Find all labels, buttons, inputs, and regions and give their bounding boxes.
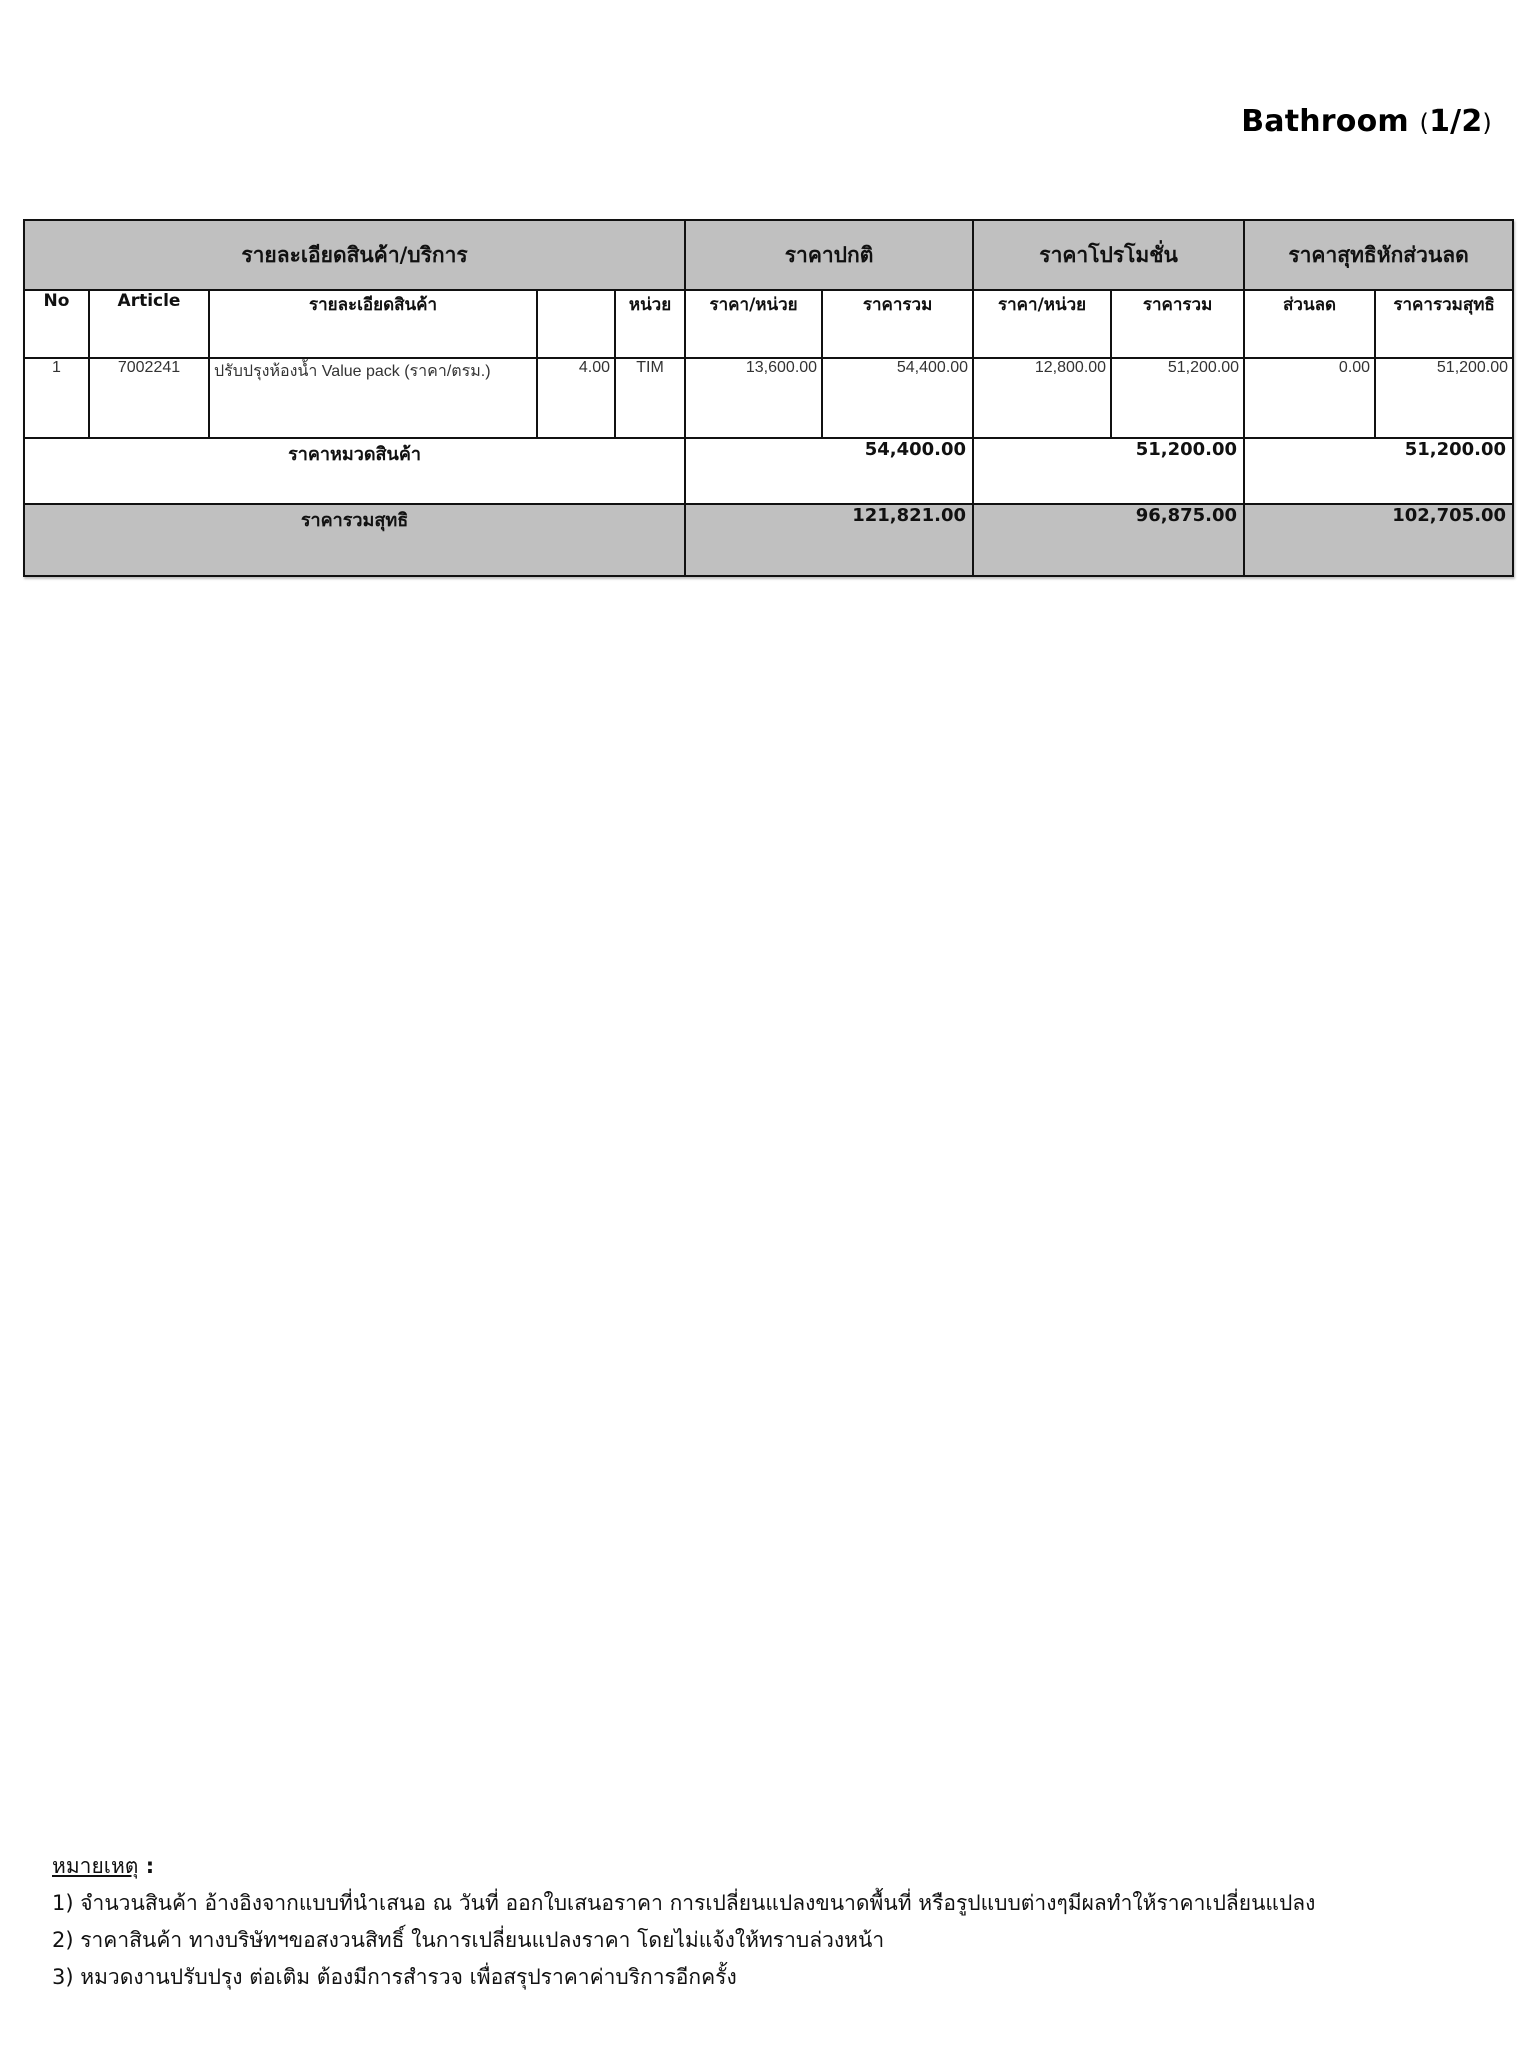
cell-quantity: 4.00 xyxy=(537,358,615,438)
col-header-promo-total: ราคารวม xyxy=(1111,290,1244,358)
col-header-article: Article xyxy=(89,290,209,358)
grand-total-normal: 121,821.00 xyxy=(685,504,973,576)
column-header-row: No Article รายละเอียดสินค้า หน่วย ราคา/ห… xyxy=(24,290,1513,358)
cell-promo-unit-price: 12,800.00 xyxy=(973,358,1111,438)
cell-article: 7002241 xyxy=(89,358,209,438)
note-item: 3) หมวดงานปรับปรุง ต่อเติม ต้องมีการสำรว… xyxy=(52,1959,1315,1996)
cell-unit: TIM xyxy=(615,358,685,438)
cell-net-total: 51,200.00 xyxy=(1375,358,1513,438)
category-subtotal-normal: 54,400.00 xyxy=(685,438,973,504)
notes-heading-text: หมายเหตุ xyxy=(52,1854,138,1878)
col-header-normal-unit-price: ราคา/หน่วย xyxy=(685,290,822,358)
table-row: 1 7002241 ปรับปรุงห้องน้ำ Value pack (รา… xyxy=(24,358,1513,438)
col-header-quantity xyxy=(537,290,615,358)
category-subtotal-label: ราคาหมวดสินค้า xyxy=(24,438,685,504)
grand-total-label: ราคารวมสุทธิ xyxy=(24,504,685,576)
group-header-net-price: ราคาสุทธิหักส่วนลด xyxy=(1244,220,1513,290)
grand-total-net: 102,705.00 xyxy=(1244,504,1513,576)
cell-normal-unit-price: 13,600.00 xyxy=(685,358,822,438)
page-title: Bathroom (1/2) xyxy=(1241,104,1492,139)
notes-section: หมายเหตุ : 1) จำนวนสินค้า อ้างอิงจากแบบท… xyxy=(52,1848,1315,1996)
notes-heading: หมายเหตุ : xyxy=(52,1848,1315,1885)
note-item: 2) ราคาสินค้า ทางบริษัทฯขอสงวนสิทธิ์ ในก… xyxy=(52,1922,1315,1959)
col-header-normal-total: ราคารวม xyxy=(822,290,973,358)
col-header-no: No xyxy=(24,290,89,358)
category-subtotal-net: 51,200.00 xyxy=(1244,438,1513,504)
cell-description: ปรับปรุงห้องน้ำ Value pack (ราคา/ตรม.) xyxy=(209,358,537,438)
cell-discount: 0.00 xyxy=(1244,358,1375,438)
section-title: Bathroom xyxy=(1241,104,1409,139)
category-subtotal-promo: 51,200.00 xyxy=(973,438,1244,504)
page-indicator-close: ) xyxy=(1482,109,1492,137)
group-header-normal-price: ราคาปกติ xyxy=(685,220,973,290)
col-header-net-total: ราคารวมสุทธิ xyxy=(1375,290,1513,358)
notes-heading-colon: : xyxy=(138,1854,154,1878)
col-header-unit: หน่วย xyxy=(615,290,685,358)
grand-total-promo: 96,875.00 xyxy=(973,504,1244,576)
page-indicator-open: ( xyxy=(1420,109,1430,137)
quotation-table: รายละเอียดสินค้า/บริการ ราคาปกติ ราคาโปร… xyxy=(23,219,1514,577)
col-header-promo-unit-price: ราคา/หน่วย xyxy=(973,290,1111,358)
group-header-promo-price: ราคาโปรโมชั่น xyxy=(973,220,1244,290)
group-header-row: รายละเอียดสินค้า/บริการ ราคาปกติ ราคาโปร… xyxy=(24,220,1513,290)
cell-no: 1 xyxy=(24,358,89,438)
cell-normal-total: 54,400.00 xyxy=(822,358,973,438)
page-indicator: 1/2 xyxy=(1429,104,1482,139)
grand-total-row: ราคารวมสุทธิ 121,821.00 96,875.00 102,70… xyxy=(24,504,1513,576)
group-header-details: รายละเอียดสินค้า/บริการ xyxy=(24,220,685,290)
category-subtotal-row: ราคาหมวดสินค้า 54,400.00 51,200.00 51,20… xyxy=(24,438,1513,504)
col-header-description: รายละเอียดสินค้า xyxy=(209,290,537,358)
cell-promo-total: 51,200.00 xyxy=(1111,358,1244,438)
note-item: 1) จำนวนสินค้า อ้างอิงจากแบบที่นำเสนอ ณ … xyxy=(52,1885,1315,1922)
col-header-discount: ส่วนลด xyxy=(1244,290,1375,358)
